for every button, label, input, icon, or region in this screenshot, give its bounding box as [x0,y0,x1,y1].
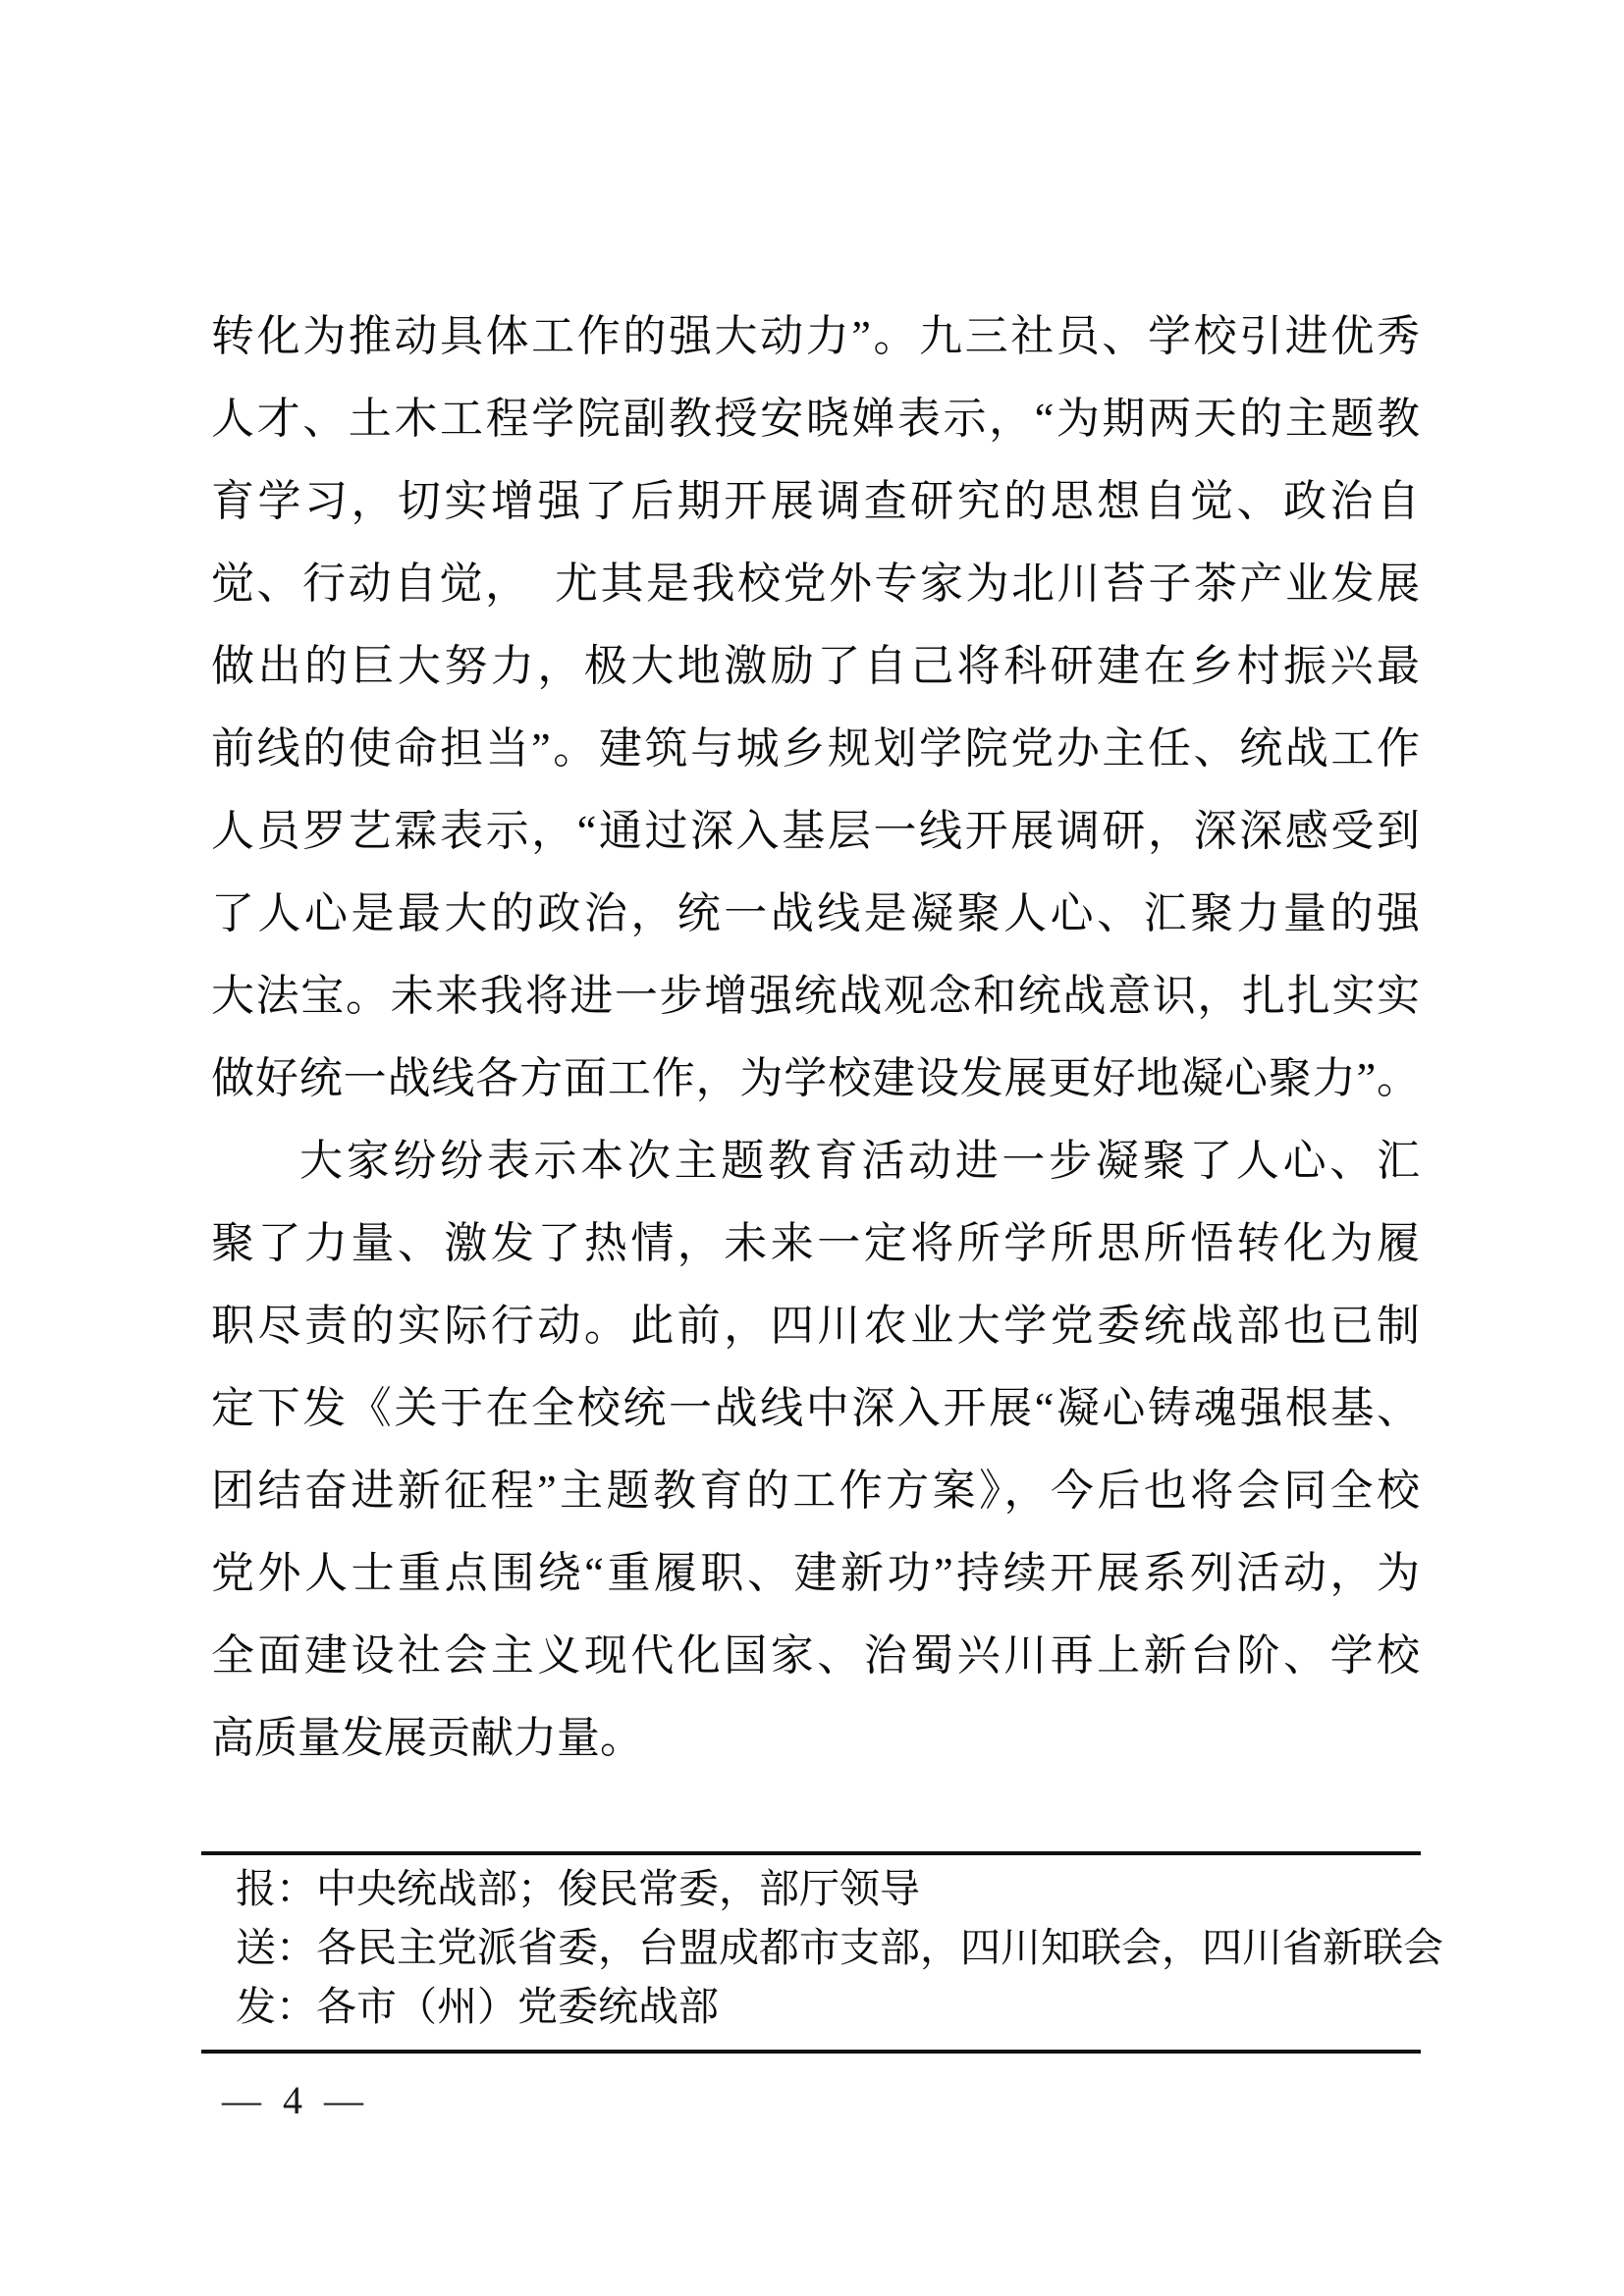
body-line: 定下发《关于在全校统一战线中深入开展“凝心铸魂强根基、 [211,1367,1420,1450]
distribution-send-row: 送：各民主党派省委，台盟成都市支部，四川知联会，四川省新联会 [203,1918,1421,1977]
body-line: 职尽责的实际行动。此前，四川农业大学党委统战部也已制 [211,1285,1420,1367]
body-line: 做出的巨大努力，极大地激励了自己将科研建在乡村振兴最 [211,625,1420,708]
distribution-report-row: 报：中央统战部；俊民常委，部厅领导 [203,1859,1421,1918]
body-line: 人才、土木工程学院副教授安晓婵表示，“为期两天的主题教 [211,378,1420,460]
distribution-top-rule [201,1851,1421,1855]
body-line: 育学习，切实增强了后期开展调查研究的思想自觉、政治自 [211,460,1420,543]
body-line: 做好统一战线各方面工作，为学校建设发展更好地凝心聚力”。 [211,1038,1420,1120]
distribution-list: 报：中央统战部；俊民常委，部厅领导 送：各民主党派省委，台盟成都市支部，四川知联… [203,1859,1421,2036]
body-line: 聚了力量、激发了热情，未来一定将所学所思所悟转化为履 [211,1202,1420,1285]
body-line: 团结奋进新征程”主题教育的工作方案》，今后也将会同全校 [211,1450,1420,1532]
body-line: 大法宝。未来我将进一步增强统战观念和统战意识，扎扎实实 [211,955,1420,1038]
body-line: 高质量发展贡献力量。 [211,1697,1420,1780]
distribution-bottom-rule [201,2050,1421,2054]
body-line: 全面建设社会主义现代化国家、治蜀兴川再上新台阶、学校 [211,1615,1420,1697]
body-line: 党外人士重点围绕“重履职、建新功”持续开展系列活动，为 [211,1532,1420,1615]
body-line: 觉、行动自觉， 尤其是我校党外专家为北川苔子茶产业发展 [211,543,1420,625]
distribution-issue-row: 发：各市（州）党委统战部 [203,1977,1421,2036]
document-page: 转化为推动具体工作的强大动力”。九三社员、学校引进优秀 人才、土木工程学院副教授… [0,0,1624,2296]
body-line: 了人心是最大的政治，统一战线是凝聚人心、汇聚力量的强 [211,873,1420,955]
body-line: 人员罗艺霖表示，“通过深入基层一线开展调研，深深感受到 [211,790,1420,873]
body-line: 前线的使命担当”。建筑与城乡规划学院党办主任、统战工作 [211,708,1420,790]
page-number: — 4 — [222,2073,369,2128]
body-line: 大家纷纷表示本次主题教育活动进一步凝聚了人心、汇 [211,1120,1420,1202]
body-line: 转化为推动具体工作的强大动力”。九三社员、学校引进优秀 [211,295,1420,378]
body-text: 转化为推动具体工作的强大动力”。九三社员、学校引进优秀 人才、土木工程学院副教授… [211,295,1420,1780]
